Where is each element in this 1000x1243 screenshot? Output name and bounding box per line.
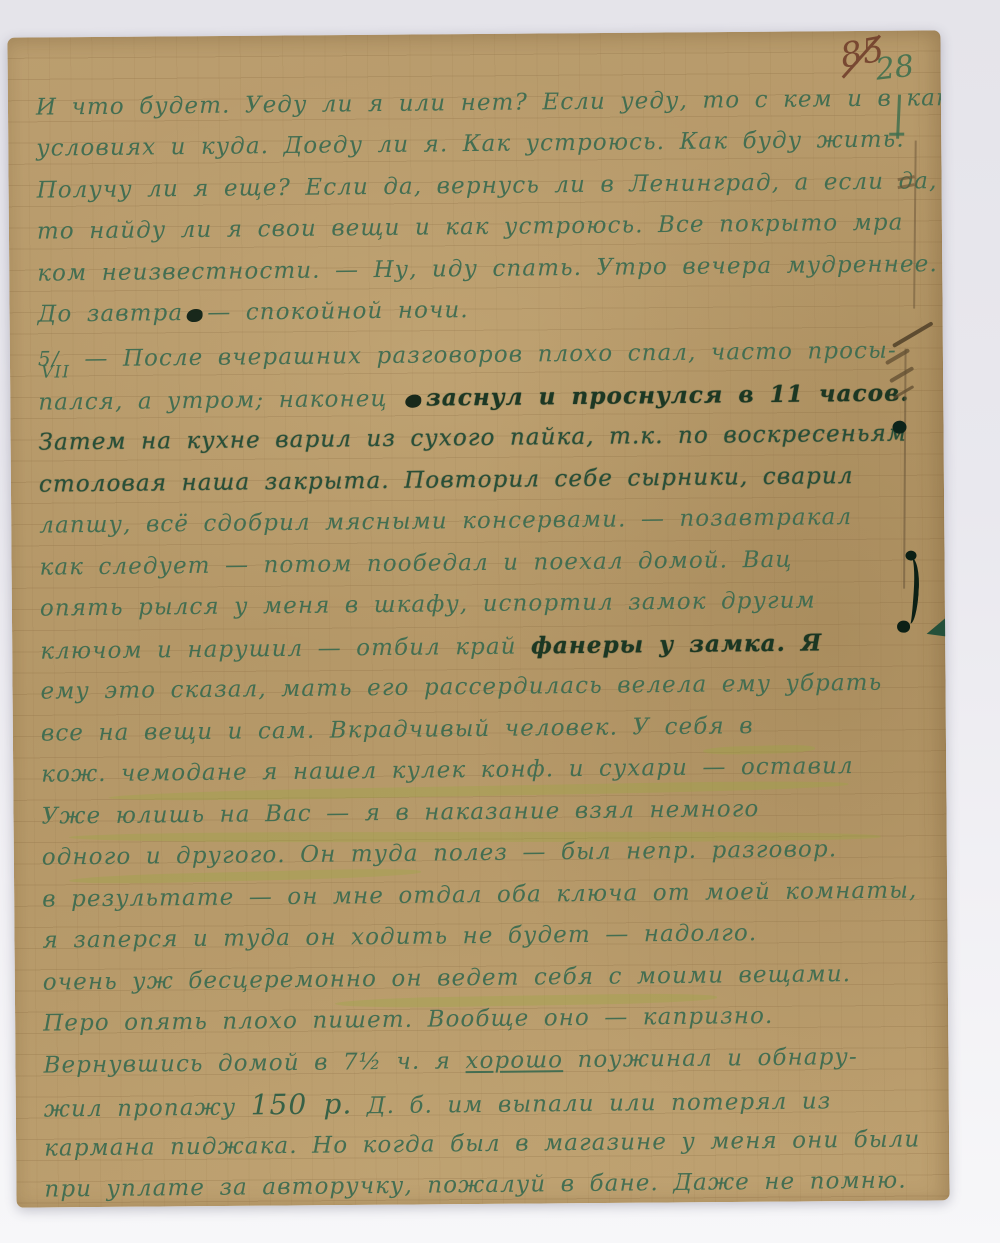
- page-number-pen-stroke: [889, 133, 904, 136]
- text-segment: то найду ли я свои вещи и как устроюсь. …: [37, 210, 904, 245]
- text-segment: хорошо: [465, 1047, 563, 1074]
- ink-blot: [186, 309, 202, 322]
- handwritten-line: Перо опять плохо пишет. Вообще оно — кап…: [43, 1001, 935, 1037]
- text-segment: фанеры у замка. Я: [531, 629, 822, 659]
- ink-blot-squiggle: [895, 551, 924, 645]
- text-segment: кож. чемодане я нашел кулек конф. и суха…: [41, 753, 854, 788]
- text-segment: — После вчерашних разговоров плохо спал,…: [70, 338, 897, 373]
- text-layer: И что будет. Уеду ли я или нет? Если уед…: [7, 30, 949, 1207]
- text-segment: в результате — он мне отдал оба ключа от…: [42, 877, 917, 912]
- text-segment: Перо опять плохо пишет. Вообще оно — кап…: [43, 1003, 773, 1037]
- ink-blot: [405, 394, 421, 407]
- text-segment: ключом и нарушил — отбил край: [40, 633, 531, 664]
- text-segment: жил пропажу: [44, 1094, 251, 1122]
- handwritten-line: при уплате за авторучку, пожалуй в бане.…: [44, 1167, 936, 1203]
- handwritten-line: жил пропажу 150 р. Д. б. им выпали или п…: [44, 1084, 936, 1123]
- text-segment: ком неизвестности. — Ну, иду спать. Утро…: [37, 251, 938, 286]
- green-page-number: 28: [874, 49, 916, 88]
- ink-dot: [892, 421, 906, 434]
- text-segment: поужинал и обнару-: [563, 1044, 858, 1073]
- text-segment: очень уж бесцеремонно он ведет себя с мо…: [43, 961, 852, 995]
- text-segment: как следует — потом пообедал и поехал до…: [39, 546, 792, 580]
- text-segment: Получу ли я еще? Если да, вернусь ли в Л…: [36, 168, 937, 203]
- handwritten-line: опять рылся у меня в шкафу, испортил зам…: [40, 586, 932, 622]
- handwritten-line: Затем на кухне варил из сухого пайка, т.…: [38, 420, 930, 456]
- diary-photo: { "document_type": "handwritten-diary-pa…: [0, 0, 1000, 1243]
- handwritten-line: ком неизвестности. — Ну, иду спать. Утро…: [37, 251, 929, 287]
- handwritten-line: Получу ли я еще? Если да, вернусь ли в Л…: [36, 168, 928, 204]
- text-segment: я заперся и туда он ходить не будет — на…: [42, 920, 757, 953]
- text-segment: ему это сказал, мать его рассердилась ве…: [40, 670, 882, 705]
- text-segment: кармана пиджака. Но когда был в магазине…: [44, 1126, 920, 1161]
- text-segment: условиях и куда. Доеду ли я. Как устроюс…: [36, 127, 905, 162]
- handwritten-line: одного и другого. Он туда полез — был не…: [42, 835, 934, 871]
- handwritten-line: До завтра— спокойной ночи.: [37, 292, 929, 328]
- text-segment: Вернувшись домой в 7½ ч. я: [43, 1048, 465, 1078]
- diary-paper-sheet: И что будет. Уеду ли я или нет? Если уед…: [7, 30, 949, 1207]
- handwritten-line: лапшу, всё сдобрил мясными консервами. —…: [39, 503, 931, 539]
- date-fraction: 5/VII: [38, 350, 70, 380]
- handwritten-line: Вернувшись домой в 7½ ч. я хорошо поужин…: [43, 1043, 935, 1079]
- text-segment: До завтра: [37, 300, 183, 328]
- handwritten-line: все на вещи и сам. Вкрадчивый человек. У…: [41, 711, 933, 747]
- text-segment: Затем на кухне варил из сухого пайка, т.…: [38, 421, 907, 456]
- text-segment: И что будет. Уеду ли я или нет? Если уед…: [36, 85, 950, 121]
- handwritten-line: как следует — потом пообедал и поехал до…: [39, 545, 931, 581]
- handwritten-line: кож. чемодане я нашел кулек конф. и суха…: [41, 752, 933, 788]
- text-segment: опять рылся у меня в шкафу, испортил зам…: [40, 587, 816, 621]
- handwritten-line: в результате — он мне отдал оба ключа от…: [42, 877, 934, 913]
- handwritten-line: столовая наша закрыта. Повторил себе сыр…: [39, 462, 931, 498]
- text-segment: столовая наша закрыта. Повторил себе сыр…: [39, 463, 854, 498]
- text-segment: все на вещи и сам. Вкрадчивый человек. У…: [41, 713, 754, 746]
- handwritten-line: 5/VII — После вчерашних разговоров плохо…: [38, 337, 930, 380]
- text-segment: одного и другого. Он туда полез — был не…: [42, 836, 838, 870]
- handwritten-line: я заперся и туда он ходить не будет — на…: [42, 918, 934, 954]
- text-segment: — спокойной ночи.: [207, 297, 469, 326]
- text-segment: Д. б. им выпали или потерял из: [352, 1088, 831, 1119]
- text-segment: при уплате за авторучку, пожалуй в бане.…: [44, 1168, 906, 1203]
- handwritten-line: пался, а утром; наконец заснул и проснул…: [38, 379, 930, 416]
- text-segment: пался, а утром; наконец: [38, 385, 402, 415]
- handwritten-line: очень уж бесцеремонно он ведет себя с мо…: [43, 960, 935, 996]
- handwritten-line: то найду ли я свои вещи и как устроюсь. …: [37, 209, 929, 245]
- handwritten-line: ему это сказал, мать его рассердилась ве…: [40, 669, 932, 705]
- handwritten-line: ключом и нарушил — отбил край фанеры у з…: [40, 628, 932, 665]
- handwritten-line: Уже юлишь на Вас — я в наказание взял не…: [41, 794, 933, 830]
- handwritten-line: условиях и куда. Доеду ли я. Как устроюс…: [36, 127, 928, 163]
- text-segment: лапшу, всё сдобрил мясными консервами. —…: [39, 504, 852, 539]
- text-segment: заснул и проснулся в 11 часов.: [426, 379, 910, 411]
- text-segment: Уже юлишь на Вас — я в наказание взял не…: [41, 796, 759, 830]
- text-segment: 150 р.: [250, 1087, 352, 1121]
- handwritten-line: И что будет. Уеду ли я или нет? Если уед…: [36, 85, 928, 121]
- handwritten-line: кармана пиджака. Но когда был в магазине…: [44, 1126, 936, 1162]
